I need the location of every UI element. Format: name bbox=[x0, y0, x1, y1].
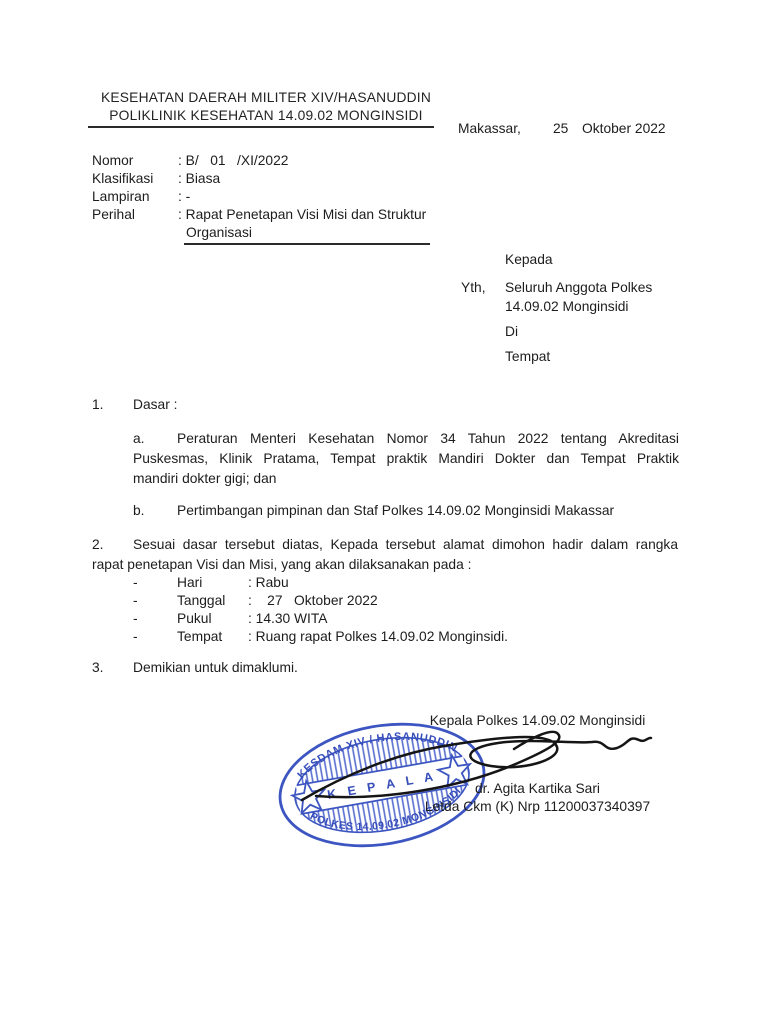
detail-row-tanggal: - Tanggal : 27 Oktober 2022 bbox=[133, 593, 378, 608]
detail-label: Tempat bbox=[177, 629, 248, 644]
meta-value: : Biasa bbox=[178, 171, 220, 186]
item2-line2: rapat penetapan Visi dan Misi, yang akan… bbox=[92, 557, 471, 572]
letterhead-line2: POLIKLINIK KESEHATAN 14.09.02 MONGINSIDI bbox=[70, 107, 462, 125]
dateline-monthyear: Oktober 2022 bbox=[582, 121, 666, 136]
meta-label: Perihal bbox=[92, 207, 178, 222]
meta-value: : - bbox=[178, 189, 190, 204]
detail-label: Hari bbox=[177, 575, 248, 590]
meta-row-lampiran: Lampiran : - bbox=[92, 189, 190, 204]
recipient-yth: Yth, bbox=[461, 280, 486, 295]
dateline-day: 25 bbox=[553, 121, 568, 136]
letterhead-line1: KESEHATAN DAERAH MILITER XIV/HASANUDDIN bbox=[70, 89, 462, 107]
item3-number: 3. bbox=[92, 660, 133, 675]
signature-scribble bbox=[280, 700, 670, 830]
letterhead: KESEHATAN DAERAH MILITER XIV/HASANUDDIN … bbox=[70, 89, 462, 125]
meta-label: Lampiran bbox=[92, 189, 178, 204]
detail-dash: - bbox=[133, 611, 177, 626]
item1-title: Dasar : bbox=[133, 397, 177, 412]
meta-row-nomor: Nomor : B/ 01 /XI/2022 bbox=[92, 153, 288, 168]
meta-row-perihal: Perihal : Rapat Penetapan Visi Misi dan … bbox=[92, 207, 426, 222]
detail-value: : Rabu bbox=[248, 575, 289, 590]
meta-value: : Rapat Penetapan Visi Misi dan Struktur bbox=[178, 207, 426, 222]
item3-row: 3.Demikian untuk dimaklumi. bbox=[92, 660, 298, 675]
item2-text1: Sesuai dasar tersebut diatas, Kepada ter… bbox=[133, 537, 678, 552]
detail-label: Tanggal bbox=[177, 593, 248, 608]
letterhead-rule bbox=[88, 126, 434, 128]
detail-value: : 14.30 WITA bbox=[248, 611, 328, 626]
recipient-line1: Seluruh Anggota Polkes bbox=[505, 280, 652, 295]
meta-value: : B/ 01 /XI/2022 bbox=[178, 153, 288, 168]
detail-row-hari: - Hari : Rabu bbox=[133, 575, 289, 590]
detail-row-tempat: - Tempat : Ruang rapat Polkes 14.09.02 M… bbox=[133, 629, 508, 644]
dateline-city: Makassar, bbox=[458, 121, 521, 136]
item2-line1: 2.Sesuai dasar tersebut diatas, Kepada t… bbox=[92, 537, 678, 552]
item1-heading: 1.Dasar : bbox=[92, 397, 677, 412]
meta-label: Klasifikasi bbox=[92, 171, 178, 186]
recipient-line2: 14.09.02 Monginsidi bbox=[505, 299, 629, 314]
recipient-kepada: Kepada bbox=[505, 252, 553, 267]
meta-perihal-line2: Organisasi bbox=[186, 225, 252, 240]
item1a-line3: mandiri dokter gigi; dan bbox=[133, 471, 276, 486]
detail-value: : Ruang rapat Polkes 14.09.02 Monginsidi… bbox=[248, 629, 508, 644]
meta-label: Nomor bbox=[92, 153, 178, 168]
item2-number: 2. bbox=[92, 537, 133, 552]
item3-text: Demikian untuk dimaklumi. bbox=[133, 660, 298, 675]
detail-label: Pukul bbox=[177, 611, 248, 626]
detail-dash: - bbox=[133, 593, 177, 608]
item1a-label: a. bbox=[133, 431, 177, 446]
detail-row-pukul: - Pukul : 14.30 WITA bbox=[133, 611, 328, 626]
item1a-line2: Puskesmas, Klinik Pratama, Tempat prakti… bbox=[133, 451, 679, 466]
item1b-text: Pertimbangan pimpinan dan Staf Polkes 14… bbox=[177, 503, 614, 518]
item1a-line1: a.Peraturan Menteri Kesehatan Nomor 34 T… bbox=[133, 431, 679, 446]
item1b-label: b. bbox=[133, 503, 177, 518]
meta-row-klasifikasi: Klasifikasi : Biasa bbox=[92, 171, 220, 186]
detail-value: : 27 Oktober 2022 bbox=[248, 593, 378, 608]
recipient-tempat: Tempat bbox=[505, 349, 550, 364]
letter-page: KESEHATAN DAERAH MILITER XIV/HASANUDDIN … bbox=[0, 0, 768, 1024]
perihal-underline bbox=[184, 243, 430, 245]
recipient-di: Di bbox=[505, 324, 518, 339]
item1a-text1: Peraturan Menteri Kesehatan Nomor 34 Tah… bbox=[177, 431, 679, 446]
item1-number: 1. bbox=[92, 397, 133, 412]
detail-dash: - bbox=[133, 575, 177, 590]
detail-dash: - bbox=[133, 629, 177, 644]
item1b-row: b.Pertimbangan pimpinan dan Staf Polkes … bbox=[133, 503, 679, 518]
